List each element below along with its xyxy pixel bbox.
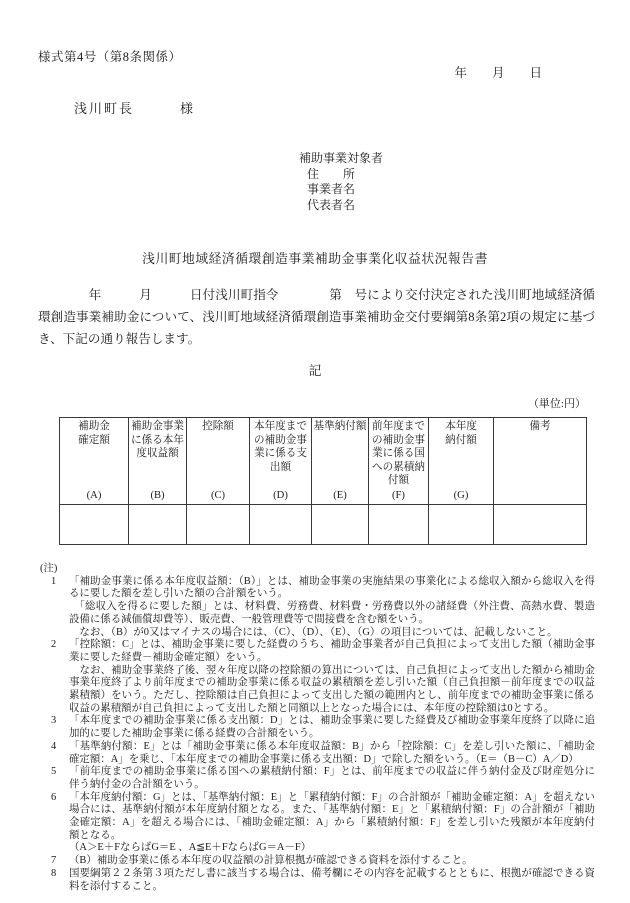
addressee-line: 浅川町長様	[74, 98, 195, 117]
header-label-remarks: 備考	[495, 420, 585, 434]
header-label-a: 補助金 確定額	[61, 420, 127, 447]
note-item-6: 6 「本年度納付額：G」とは、「基準納付額：E」と「累積納付額：F」の合計額が「…	[38, 792, 595, 856]
document-title: 浅川町地域経済循環創造事業補助金事業化収益状況報告書	[0, 248, 630, 267]
header-cell-remarks: 備考	[494, 418, 587, 505]
recipient-block: 補助事業対象者 住 所 事業者名 代表者名	[299, 151, 383, 213]
body-paragraph: 年 月 日付浅川町指令 第 号により交付決定された浅川町地域経済循環創造事業補助…	[38, 285, 595, 350]
note-number: 7	[38, 855, 69, 868]
header-code-c: (C)	[188, 490, 248, 502]
note-number: 6	[38, 792, 69, 856]
notes-section: (注) 1 「補助金事業に係る本年度収益額：（B）」とは、補助金事業の実施結果の…	[38, 563, 595, 893]
recipient-representative-label: 代表者名	[299, 198, 383, 214]
table-cell-b	[129, 505, 187, 545]
header-code-f: (F)	[370, 490, 427, 502]
document-page: 様式第4号（第8条関係） 年 月 日 浅川町長様 補助事業対象者 住 所 事業者…	[0, 0, 630, 903]
note-text: 「控除額：C」とは、補助金事業に要した経費のうち、補助金事業者が自己負担によって…	[69, 639, 595, 715]
header-cell-a: 補助金 確定額(A)	[60, 418, 129, 505]
note-text: 「本年度までの補助金事業に係る支出額：D」とは、補助金事業に要した経費及び補助金…	[69, 715, 595, 740]
table-cell-f	[369, 505, 429, 545]
header-label-f: 前年度まで の補助金事 業に係る国 への累積納 付額	[370, 420, 427, 488]
table-cell-a	[60, 505, 129, 545]
note-item-8: 8 国要綱第２２条第３項ただし書に該当する場合は、備考欄にその内容を記載するとと…	[38, 868, 595, 893]
header-label-b: 補助金事業 に係る本年 度収益額	[130, 420, 185, 461]
note-text: 「基準納付額：E」とは「補助金事業に係る本年度収益額：B」から「控除額：C」を差…	[69, 741, 595, 766]
record-mark: 記	[0, 360, 630, 379]
header-code-a: (A)	[61, 490, 127, 502]
header-cell-c: 控除額(C)	[187, 418, 250, 505]
note-number: 8	[38, 868, 69, 893]
table-cell-g	[429, 505, 494, 545]
table-cell-e	[312, 505, 369, 545]
header-label-e: 基準納付額	[313, 420, 367, 434]
notes-heading: (注)	[40, 563, 595, 576]
header-code-e: (E)	[313, 490, 367, 502]
header-cell-e: 基準納付額(E)	[312, 418, 369, 505]
note-number: 4	[38, 741, 69, 766]
table-cell-d	[250, 505, 312, 545]
note-item-7: 7 （B）補助金事業に係る本年度の収益額の計算根拠が確認できる資料を添付すること…	[38, 855, 595, 868]
addressee-honorific: 様	[180, 101, 195, 116]
addressee-name: 浅川町長	[74, 101, 134, 116]
report-table: 補助金 確定額(A) 補助金事業 に係る本年 度収益額(B) 控除額(C) 本年…	[59, 417, 587, 545]
note-text: 「前年度までの補助金事業に係る国への累積納付額：F」とは、前年度までの収益に伴う…	[69, 766, 595, 791]
note-item-5: 5 「前年度までの補助金事業に係る国への累積納付額：F」とは、前年度までの収益に…	[38, 766, 595, 791]
note-number: 5	[38, 766, 69, 791]
header-label-c: 控除額	[188, 420, 248, 434]
header-code-b: (B)	[130, 490, 185, 502]
header-cell-f: 前年度まで の補助金事 業に係る国 への累積納 付額(F)	[369, 418, 429, 505]
table-header-row: 補助金 確定額(A) 補助金事業 に係る本年 度収益額(B) 控除額(C) 本年…	[60, 418, 587, 505]
header-code-g: (G)	[430, 490, 492, 502]
note-item-3: 3 「本年度までの補助金事業に係る支出額：D」とは、補助金事業に要した経費及び補…	[38, 715, 595, 740]
header-label-g: 本年度 納付額	[430, 420, 492, 447]
header-cell-b: 補助金事業 に係る本年 度収益額(B)	[129, 418, 187, 505]
table-body-row	[60, 505, 587, 545]
note-number: 2	[38, 639, 69, 715]
note-text: 国要綱第２２条第３項ただし書に該当する場合は、備考欄にその内容を記載するとともに…	[69, 868, 595, 893]
note-number: 1	[38, 576, 69, 640]
note-text: 「本年度納付額：G」とは、「基準納付額：E」と「累積納付額：F」の合計額が「補助…	[69, 792, 595, 856]
recipient-address-label: 住 所	[299, 167, 383, 183]
recipient-business-name-label: 事業者名	[299, 182, 383, 198]
note-text: 「補助金事業に係る本年度収益額：（B）」とは、補助金事業の実施結果の事業化による…	[69, 576, 595, 640]
header-label-d: 本年度まで の補助金事 業に係る支 出額	[251, 420, 310, 474]
note-number: 3	[38, 715, 69, 740]
recipient-heading: 補助事業対象者	[299, 151, 383, 167]
table-cell-remarks	[494, 505, 587, 545]
note-item-1: 1 「補助金事業に係る本年度収益額：（B）」とは、補助金事業の実施結果の事業化に…	[38, 576, 595, 640]
header-cell-g: 本年度 納付額(G)	[429, 418, 494, 505]
table-cell-c	[187, 505, 250, 545]
header-cell-d: 本年度まで の補助金事 業に係る支 出額(D)	[250, 418, 312, 505]
unit-label: （単位:円）	[0, 395, 586, 411]
note-text: （B）補助金事業に係る本年度の収益額の計算根拠が確認できる資料を添付すること。	[69, 855, 595, 868]
note-item-2: 2 「控除額：C」とは、補助金事業に要した経費のうち、補助金事業者が自己負担によ…	[38, 639, 595, 715]
date-line: 年 月 日	[0, 63, 542, 81]
note-item-4: 4 「基準納付額：E」とは「補助金事業に係る本年度収益額：B」から「控除額：C」…	[38, 741, 595, 766]
header-code-d: (D)	[251, 490, 310, 502]
